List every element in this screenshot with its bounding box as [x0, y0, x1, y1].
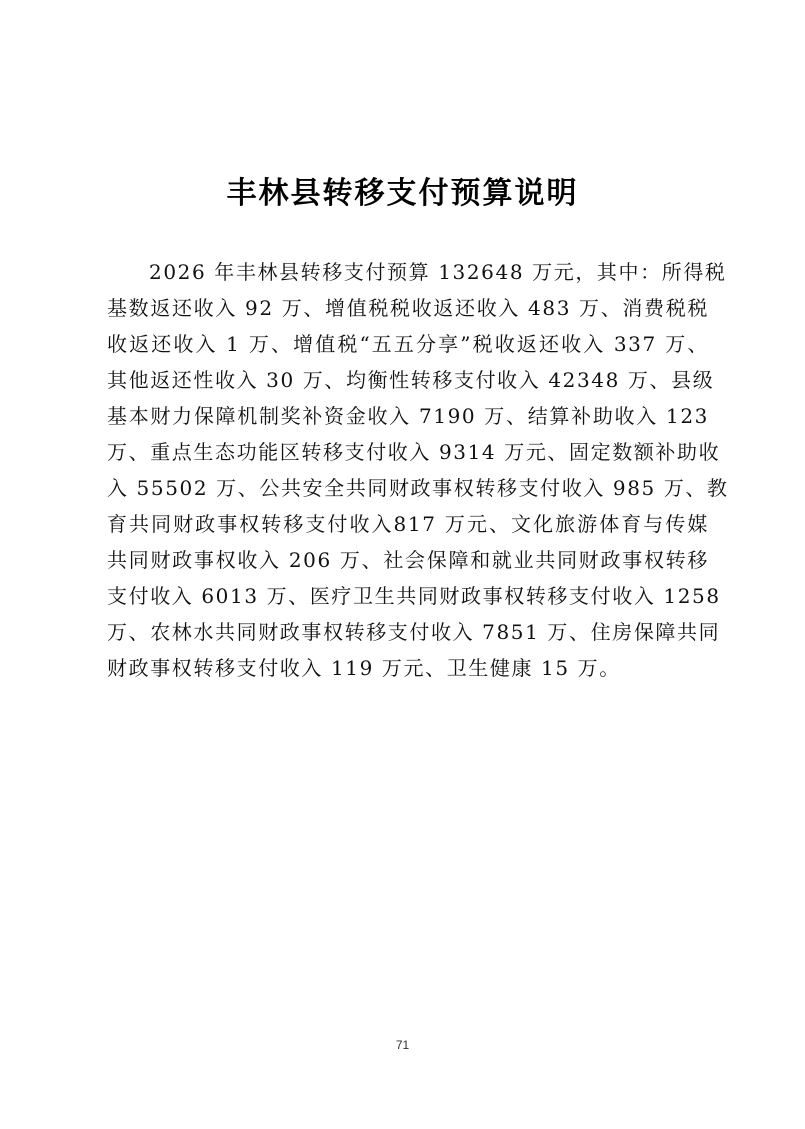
paragraph-line: 其他返还性收入 30 万、均衡性转移支付收入 42348 万、县级	[107, 362, 709, 398]
paragraph-line: 收返还收入 1 万、增值税“五五分享”税收返还收入 337 万、	[107, 326, 709, 362]
paragraph-line: 共同财政事权收入 206 万、社会保障和就业共同财政事权转移	[107, 542, 709, 578]
paragraph-line: 基本财力保障机制奖补资金收入 7190 万、结算补助收入 123	[107, 398, 709, 434]
body-paragraph: 2026 年丰林县转移支付预算 132648 万元，其中：所得税 基数返还收入 …	[107, 254, 709, 686]
paragraph-line: 万、农林水共同财政事权转移支付收入 7851 万、住房保障共同	[107, 614, 709, 650]
paragraph-line: 育共同财政事权转移支付收入817 万元、文化旅游体育与传媒	[107, 506, 709, 542]
paragraph-line: 万、重点生态功能区转移支付收入 9314 万元、固定数额补助收	[107, 434, 709, 470]
paragraph-line: 支付收入 6013 万、医疗卫生共同财政事权转移支付收入 1258	[107, 578, 709, 614]
paragraph-line: 基数返还收入 92 万、增值税税收返还收入 483 万、消费税税	[107, 290, 709, 326]
paragraph-line: 2026 年丰林县转移支付预算 132648 万元，其中：所得税	[107, 254, 709, 290]
page-number: 71	[0, 1038, 805, 1052]
paragraph-line: 财政事权转移支付收入 119 万元、卫生健康 15 万。	[107, 650, 709, 686]
paragraph-line: 入 55502 万、公共安全共同财政事权转移支付收入 985 万、教	[107, 470, 709, 506]
page-title: 丰林县转移支付预算说明	[0, 168, 805, 212]
